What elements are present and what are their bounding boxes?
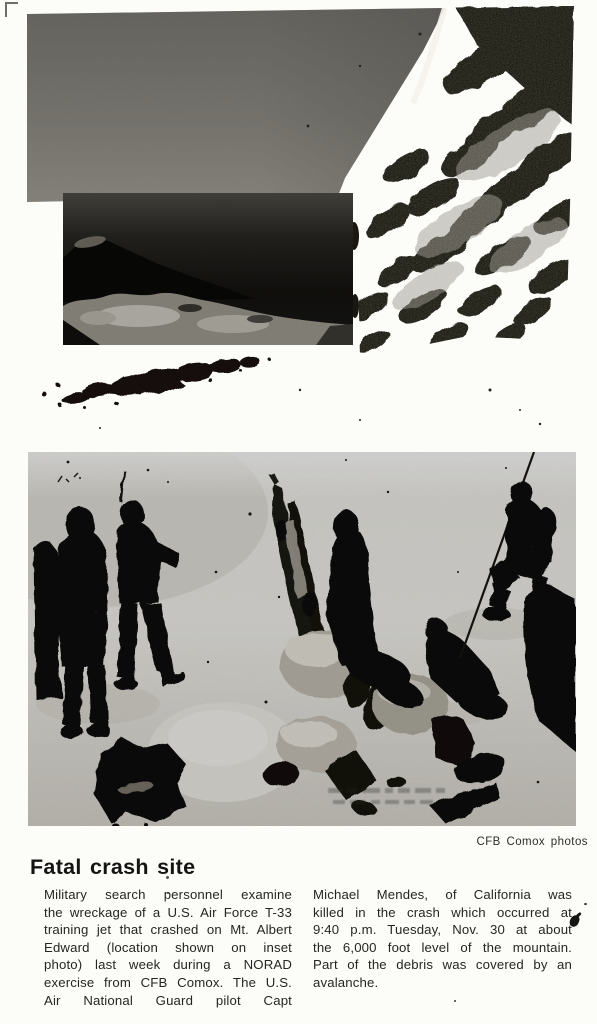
caption-column-2: Michael Mendes, of California waskilled … bbox=[313, 886, 572, 992]
caption-line: the 6,000 foot level of the mountain. bbox=[313, 939, 572, 957]
page-speck bbox=[454, 1000, 456, 1002]
caption-line: photo) last week during a NORAD bbox=[44, 956, 292, 974]
caption-line: Military search personnel examine bbox=[44, 886, 292, 904]
caption-line: Part of the debris was covered by an bbox=[313, 956, 572, 974]
caption-line: 9:40 p.m. Tuesday, Nov. 30 at about bbox=[313, 921, 572, 939]
headline: Fatal crash site bbox=[30, 855, 195, 880]
caption-column-1: Military search personnel examinethe wre… bbox=[44, 886, 292, 1009]
caption-line: avalanche. bbox=[313, 974, 572, 992]
mountainside-photo bbox=[8, 6, 590, 438]
page-speck bbox=[167, 892, 169, 894]
print-speck bbox=[166, 876, 169, 879]
inset-photo bbox=[63, 193, 353, 345]
caption-line: Michael Mendes, of California was bbox=[313, 886, 572, 904]
newspaper-clipping-page: CFB Comox photos Fatal crash site Milita… bbox=[0, 0, 597, 1024]
caption-line: exercise from CFB Comox. The U.S. bbox=[44, 974, 292, 992]
caption-line: Air National Guard pilot Capt bbox=[44, 992, 292, 1010]
caption-line: killed in the crash which occurred at bbox=[313, 904, 572, 922]
scree-rocks bbox=[43, 356, 270, 410]
photo-credit: CFB Comox photos bbox=[430, 836, 588, 848]
caption-line: training jet that crashed on Mt. Albert bbox=[44, 921, 292, 939]
caption-line: the wreckage of a U.S. Air Force T-33 bbox=[44, 904, 292, 922]
caption-line: Edward (location shown on inset bbox=[44, 939, 292, 957]
crash-site-photo bbox=[28, 452, 576, 828]
page-speck bbox=[584, 903, 587, 905]
